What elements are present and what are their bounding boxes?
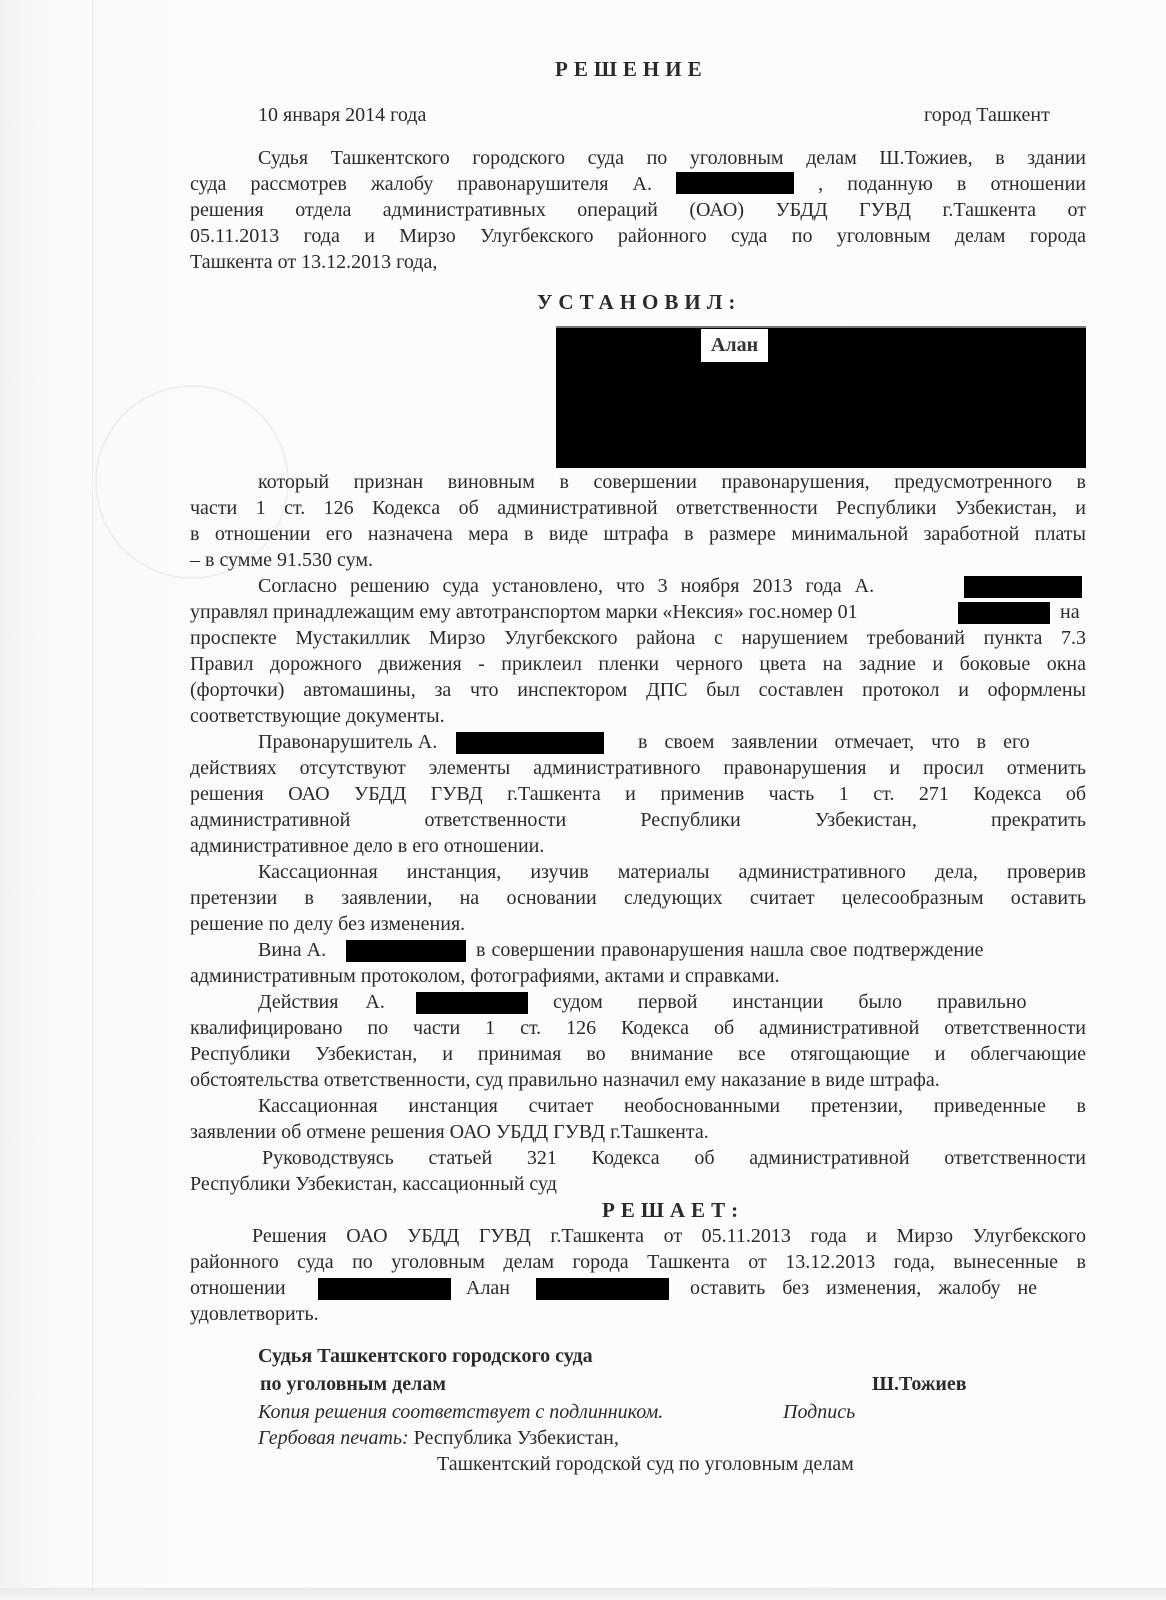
intro-line: Ташкента от 13.12.2013 года, bbox=[190, 250, 437, 274]
paragraph-line: Руководствуясь статьей 321 Кодекса об ад… bbox=[262, 1146, 1086, 1170]
paragraph-line: Действия А. судом первой инстанции было … bbox=[258, 990, 1086, 1014]
paragraph-line: административное дело в его отношении. bbox=[190, 834, 544, 858]
redaction-block bbox=[556, 326, 1086, 468]
paragraph-line: действиях отсутствуют элементы администр… bbox=[190, 756, 1086, 780]
paragraph-line: претензии в заявлении, на основании след… bbox=[190, 886, 1086, 910]
intro-line: Судья Ташкентского городского суда по уг… bbox=[258, 146, 1086, 170]
paragraph-line: отношении Алан оставить без изменения, ж… bbox=[190, 1276, 1086, 1300]
paragraph-line: удовлетворить. bbox=[190, 1302, 319, 1326]
redaction-visible-name: Алан bbox=[701, 329, 768, 362]
intro-line: суда рассмотрев жалобу правонарушителя А… bbox=[190, 172, 1086, 196]
paragraph-line: районного суда по уголовным делам города… bbox=[190, 1250, 1086, 1274]
paragraph-line: части 1 ст. 126 Кодекса об административ… bbox=[190, 496, 1086, 520]
document-title: РЕШЕНИЕ bbox=[555, 57, 708, 81]
paragraph-line: соответствующие документы. bbox=[190, 704, 445, 728]
paragraph-line: управлял принадлежащим ему автотранспорт… bbox=[190, 600, 1086, 624]
paragraph-line: Решения ОАО УБДД ГУВД г.Ташкента от 05.1… bbox=[252, 1224, 1086, 1248]
scanned-page: РЕШЕНИЕ 10 января 2014 года город Ташкен… bbox=[0, 0, 1166, 1600]
paragraph-line: – в сумме 91.530 сум. bbox=[190, 548, 373, 572]
signature-title-line1: Судья Ташкентского городского суда bbox=[258, 1344, 593, 1368]
paragraph-line: Кассационная инстанция считает необоснов… bbox=[258, 1094, 1086, 1118]
paragraph-line: заявлении об отмене решения ОАО УБДД ГУВ… bbox=[190, 1120, 709, 1144]
page-fold-line bbox=[92, 0, 93, 1600]
page-bottom-edge bbox=[0, 1588, 1166, 1600]
paragraph-line: административным протоколом, фотографиям… bbox=[190, 964, 780, 988]
document-city: город Ташкент bbox=[924, 103, 1050, 127]
seal-label: Гербовая печать: bbox=[258, 1427, 409, 1449]
judge-name: Ш.Тожиев bbox=[872, 1372, 967, 1396]
seal-line: Гербовая печать: Республика Узбекистан, bbox=[258, 1426, 619, 1450]
paragraph-line: проспекте Мустакиллик Мирзо Улугбекского… bbox=[190, 626, 1086, 650]
established-heading: УСТАНОВИЛ: bbox=[537, 290, 741, 314]
copy-note: Копия решения соответствует с подлиннико… bbox=[258, 1400, 663, 1424]
redaction bbox=[416, 992, 528, 1014]
paragraph-line: административной ответственности Республ… bbox=[190, 808, 1086, 832]
decides-heading: РЕШАЕТ: bbox=[602, 1198, 744, 1222]
redaction bbox=[964, 576, 1082, 598]
paragraph-line: Правил дорожного движения - приклеил пле… bbox=[190, 652, 1086, 676]
paragraph-line: квалифицировано по части 1 ст. 126 Кодек… bbox=[190, 1016, 1086, 1040]
paragraph-line: Согласно решению суда установлено, что 3… bbox=[258, 574, 1086, 598]
paragraph-line: Правонарушитель А. в своем заявлении отм… bbox=[258, 730, 1086, 754]
redaction bbox=[676, 172, 794, 194]
intro-line: 05.11.2013 года и Мирзо Улугбекского рай… bbox=[190, 224, 1086, 248]
redaction bbox=[346, 940, 466, 962]
paragraph-line: обстоятельства ответственности, суд прав… bbox=[190, 1068, 940, 1092]
redaction bbox=[536, 1278, 669, 1300]
paragraph-line: (форточки) автомашины, за что инспекторо… bbox=[190, 678, 1086, 702]
paragraph-line: Республики Узбекистан, и принимая во вни… bbox=[190, 1042, 1086, 1066]
paragraph-line: Республики Узбекистан, кассационный суд bbox=[190, 1172, 557, 1196]
document-date: 10 января 2014 года bbox=[258, 103, 426, 127]
paragraph-line: решение по делу без изменения. bbox=[190, 912, 465, 936]
signature-label: Подпись bbox=[783, 1400, 855, 1424]
paragraph-line: в отношении его назначена мера в виде шт… bbox=[190, 522, 1086, 546]
paragraph-line: который признан виновным в совершении пр… bbox=[258, 470, 1086, 494]
redaction bbox=[318, 1278, 451, 1300]
redaction bbox=[958, 602, 1050, 624]
intro-line: решения отдела административных операций… bbox=[190, 198, 1086, 222]
paragraph-line: Кассационная инстанция, изучив материалы… bbox=[258, 860, 1086, 884]
signature-title-line2: по уголовным делам bbox=[260, 1372, 446, 1396]
seal-text-1: Республика Узбекистан, bbox=[414, 1427, 619, 1449]
seal-text-2: Ташкентский городской суд по уголовным д… bbox=[437, 1452, 854, 1476]
paragraph-line: решения ОАО УБДД ГУВД г.Ташкента и приме… bbox=[190, 782, 1086, 806]
redaction bbox=[456, 732, 604, 754]
paragraph-line: Вина А. в совершении правонарушения нашл… bbox=[258, 938, 1086, 962]
